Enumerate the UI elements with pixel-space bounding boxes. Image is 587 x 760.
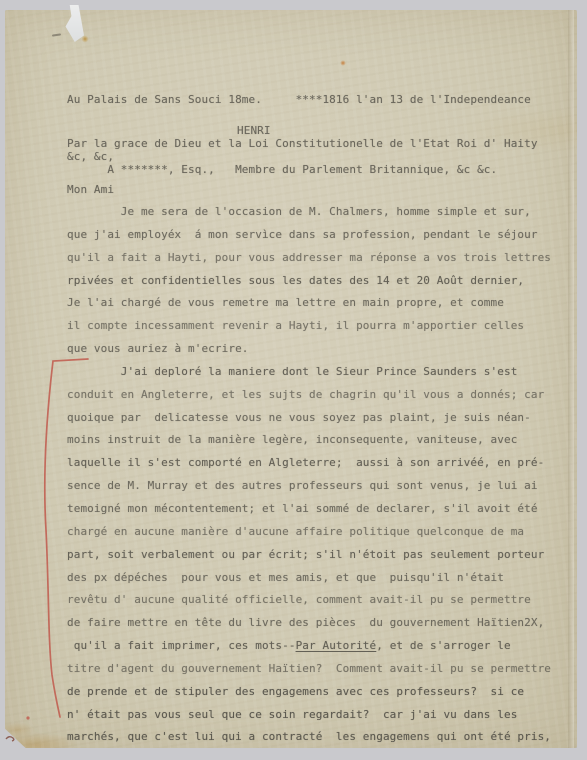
underlined-phrase: Par Autorité [296,639,377,652]
royal-name: HENRI [237,124,271,137]
body-line: que j'ai employéx á mon servìce dans sa … [67,224,551,247]
typewritten-text: Au Palais de Sans Souci 18me. ****1816 l… [0,0,587,760]
body-line: rpivées et confidentielles sous les date… [67,270,551,293]
body-line: Je me sera de l'occasion de M. Chalmers,… [67,201,551,224]
body-line: Je l'ai chargé de vous remetre ma lettre… [67,292,551,315]
dateline: Au Palais de Sans Souci 18me. ****1816 l… [67,93,531,106]
body-line: marchés, que c'est lui qui a contracté l… [67,726,551,749]
body-line: il compte incessamment revenir a Hayti, … [67,315,551,338]
body-line: titre d'agent du gouvernement Haïtien? C… [67,658,551,681]
body-line: laquelle il s'est comporté en Algleterre… [67,452,551,475]
body-line: chargé en aucune manière d'aucune affair… [67,521,551,544]
body-line: de faire mettre en tête du livre des piè… [67,612,551,635]
body-line: de prende et de stipuler des engagemens … [67,681,551,704]
titulature-line-2: &c, &c, [67,150,114,163]
autorite-post: , et de s'arroger le [376,639,510,652]
body-line: temoigné mon mécontentement; et l'ai som… [67,498,551,521]
body-line: quoique par delicatesse vous ne vous soy… [67,407,551,430]
body-line: n' était pas vous seul que ce soin regar… [67,704,551,727]
body-line: revêtu d' aucune qualité officielle, com… [67,589,551,612]
autorite-pre: qu'il a fait imprimer, ces mots-- [67,639,296,652]
body-line: moins instruit de la manière legère, inc… [67,429,551,452]
body-line-par-autorite: qu'il a fait imprimer, ces mots--Par Aut… [67,635,551,658]
body-line: part, soit verbalement ou par écrit; s'i… [67,544,551,567]
titulature-line-1: Par la grace de Dieu et la Loi Constitut… [67,137,538,150]
address-line: A *******, Esq., Membre du Parlement Bri… [67,163,497,176]
body-line: qu'il a fait a Hayti, pour vous addresse… [67,247,551,270]
body-line: conduit en Angleterre, et les sujts de c… [67,384,551,407]
scanned-letter-background: Au Palais de Sans Souci 18me. ****1816 l… [0,0,587,760]
body-line: J'ai deploré la maniere dont le Sieur Pr… [67,361,551,384]
body-line: sence de M. Murray et des autres profess… [67,475,551,498]
body-line: que vous auriez à m'ecrire. [67,338,551,361]
body-line: des px dépéches pour vous et mes amis, e… [67,567,551,590]
greeting: Mon Ami [67,183,114,196]
letter-body: Je me sera de l'occasion de M. Chalmers,… [67,201,551,749]
